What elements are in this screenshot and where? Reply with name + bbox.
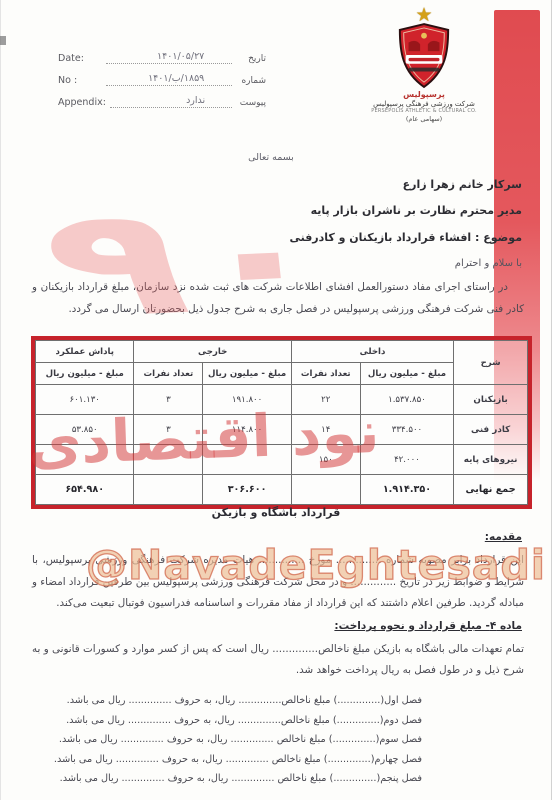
- letterhead-fields: تاریخ ۱۴۰۱/۰۵/۲۷ Date: شماره ۱۸۵۹/ب/۱۴۰۱…: [58, 50, 266, 116]
- date-label-fa: تاریخ: [236, 54, 266, 64]
- recipient-name: سرکار خانم زهرا زارع: [403, 178, 522, 191]
- row-value: ۶۰۱.۱۳۰: [36, 385, 134, 415]
- row-label: نیروهای پایه: [454, 445, 528, 475]
- subcol-foreign-count: تعداد نفرات: [134, 363, 203, 385]
- col-group-domestic: داخلی: [291, 341, 453, 363]
- row-value: ۳: [134, 415, 203, 445]
- subcol-foreign-amount: مبلغ - میلیون ریال: [203, 363, 292, 385]
- row-value: [134, 475, 203, 505]
- season-line: فصل سوم(..............) مبلغ ناخالص ....…: [120, 730, 422, 750]
- contract-intro-paragraph: این قرارداد برابر مصوبه شماره ..........…: [32, 550, 524, 615]
- row-value: [36, 445, 134, 475]
- table-header-groups: شرح داخلی خارجی پاداش عملکرد: [36, 341, 528, 363]
- club-letterhead: ★ پرسپولیس شرکت ورزشی فرهنگی پرسپولیس PE…: [366, 6, 482, 123]
- season-line: فصل اول(..............) مبلغ ناخالص.....…: [120, 691, 422, 711]
- number-label-en: No :: [58, 75, 102, 86]
- scan-artifact: [0, 36, 6, 45]
- date-label-en: Date:: [58, 53, 102, 64]
- row-value: [203, 445, 292, 475]
- row-label: بازیکنان: [454, 385, 528, 415]
- season-line: فصل دوم(..............) مبلغ ناخالص.....…: [120, 711, 422, 731]
- row-value: ۱۱۴.۸۰۰: [203, 415, 292, 445]
- row-value: ۱.۵۳۷.۸۵۰: [360, 385, 453, 415]
- date-value: ۱۴۰۱/۰۵/۲۷: [157, 51, 204, 62]
- number-label-fa: شماره: [236, 76, 266, 86]
- row-value: [134, 445, 203, 475]
- table-row: نیروهای پایه۴۲.۰۰۰۱۵۰: [36, 445, 528, 475]
- company-name-en: PERSEPOLIS ATHLETIC & CULTURAL CO.: [366, 108, 482, 114]
- subcol-domestic-count: تعداد نفرات: [291, 363, 360, 385]
- date-row: تاریخ ۱۴۰۱/۰۵/۲۷ Date:: [58, 50, 266, 64]
- appendix-dotted-line: ندارد: [110, 94, 232, 108]
- salutation: با سلام و احترام: [455, 258, 522, 269]
- col-group-foreign: خارجی: [134, 341, 291, 363]
- season-line: فصل پنجم(..............) مبلغ ناخالص ...…: [120, 769, 422, 789]
- season-line: فصل چهارم(..............) مبلغ ناخالص ..…: [120, 750, 422, 770]
- row-value: ۶۵۴.۹۸۰: [36, 475, 134, 505]
- table-header-subcolumns: مبلغ - میلیون ریال تعداد نفرات مبلغ - می…: [36, 363, 528, 385]
- subcol-domestic-amount: مبلغ - میلیون ریال: [360, 363, 453, 385]
- appendix-row: پیوست ندارد Appendix:: [58, 94, 266, 108]
- article4-heading: ماده ۴- مبلغ قرارداد و نحوه پرداخت:: [334, 620, 522, 632]
- table-row: کادر فنی۳۳۴.۵۰۰۱۴۱۱۴.۸۰۰۳۵۳.۸۵۰: [36, 415, 528, 445]
- club-name-fa: پرسپولیس: [366, 90, 482, 99]
- number-dotted-line: ۱۸۵۹/ب/۱۴۰۱: [106, 72, 232, 86]
- intro-heading: مقدمه:: [485, 531, 522, 543]
- persepolis-crest-icon: [395, 23, 453, 89]
- row-value: ۱۹۱.۸۰۰: [203, 385, 292, 415]
- season-lines: فصل اول(..............) مبلغ ناخالص.....…: [120, 691, 422, 789]
- appendix-label-en: Appendix:: [58, 97, 106, 108]
- number-value: ۱۸۵۹/ب/۱۴۰۱: [148, 73, 204, 84]
- row-value: ۵۳.۸۵۰: [36, 415, 134, 445]
- row-value: ۴۲.۰۰۰: [360, 445, 453, 475]
- besmele-line: بسمه تعالی: [0, 152, 542, 163]
- appendix-value: ندارد: [186, 95, 205, 106]
- row-label: جمع نهایی: [454, 475, 528, 505]
- contracts-table-body: بازیکنان۱.۵۳۷.۸۵۰۲۲۱۹۱.۸۰۰۳۶۰۱.۱۳۰کادر ف…: [36, 385, 528, 505]
- table-row: جمع نهایی۱.۹۱۴.۳۵۰۳۰۶.۶۰۰۶۵۴.۹۸۰: [36, 475, 528, 505]
- row-value: ۳۳۴.۵۰۰: [360, 415, 453, 445]
- row-label: کادر فنی: [454, 415, 528, 445]
- contract-title: قرارداد باشگاه و بازیکن: [0, 506, 552, 519]
- col-group-bonus: پاداش عملکرد: [36, 341, 134, 363]
- row-value: ۳۰۶.۶۰۰: [203, 475, 292, 505]
- gold-star-icon: ★: [366, 6, 482, 25]
- row-value: ۲۲: [291, 385, 360, 415]
- col-header-desc: شرح: [454, 341, 528, 385]
- number-row: شماره ۱۸۵۹/ب/۱۴۰۱ No :: [58, 72, 266, 86]
- letter-subject: موضوع : افشاء قرارداد بازیکنان و کادرفنی: [289, 231, 522, 244]
- row-value: ۱.۹۱۴.۳۵۰: [360, 475, 453, 505]
- recipient-title: مدیر محترم نظارت بر ناشران بازار پایه: [311, 204, 522, 217]
- row-value: ۱۴: [291, 415, 360, 445]
- appendix-label-fa: پیوست: [236, 98, 266, 108]
- row-value: [291, 475, 360, 505]
- company-name-fa: شرکت ورزشی فرهنگی پرسپولیس: [366, 100, 482, 108]
- scanned-letter-page: تاریخ ۱۴۰۱/۰۵/۲۷ Date: شماره ۱۸۵۹/ب/۱۴۰۱…: [0, 0, 552, 800]
- subcol-bonus-amount: مبلغ - میلیون ریال: [36, 363, 134, 385]
- date-dotted-line: ۱۴۰۱/۰۵/۲۷: [106, 50, 232, 64]
- table-row: بازیکنان۱.۵۳۷.۸۵۰۲۲۱۹۱.۸۰۰۳۶۰۱.۱۳۰: [36, 385, 528, 415]
- contracts-table: شرح داخلی خارجی پاداش عملکرد مبلغ - میلی…: [35, 340, 528, 505]
- article4-paragraph: تمام تعهدات مالی باشگاه به بازیکن مبلغ ن…: [32, 639, 524, 681]
- red-highlight-box: شرح داخلی خارجی پاداش عملکرد مبلغ - میلی…: [31, 336, 532, 509]
- row-value: ۱۵۰: [291, 445, 360, 475]
- intro-paragraph: در راستای اجرای مفاد دستورالعمل افشای اط…: [32, 277, 524, 320]
- row-value: ۳: [134, 385, 203, 415]
- share-type: (سهامی عام): [366, 115, 482, 123]
